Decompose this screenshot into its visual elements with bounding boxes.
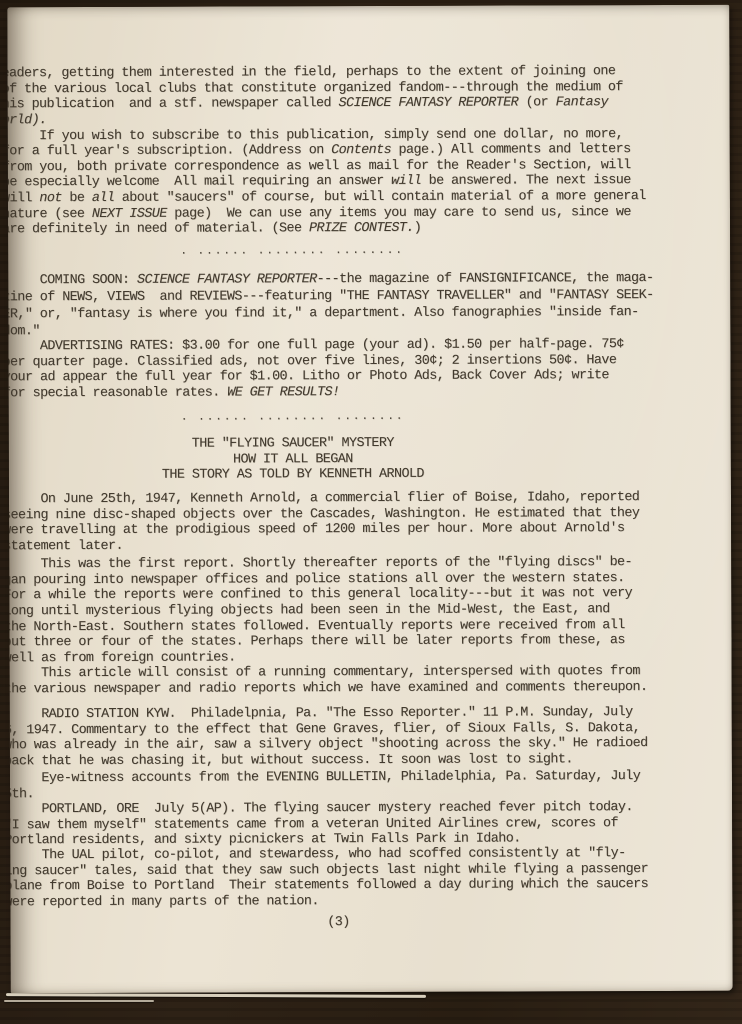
dotted-separator: . ...... ........ ........ — [8, 244, 576, 258]
text-line: for special reasonable rates. WE GET RES… — [7, 384, 732, 402]
text-line: back that he was chasing it, but without… — [7, 752, 732, 770]
text-line: were reported in many parts of the natio… — [7, 893, 732, 911]
text-line: are definitely in need of material. (See… — [7, 220, 732, 238]
text-line: the various newspaper and radio reports … — [7, 679, 732, 697]
paragraph-intro-continued: eaders, getting them interested in the f… — [7, 64, 732, 239]
text-line: nature (see NEXT ISSUE page) We can use … — [7, 204, 732, 222]
text-line: plane from Boise to Portland Their state… — [7, 877, 732, 895]
paragraph-arnold-intro: On June 25th, 1947, Kenneth Arnold, a co… — [7, 490, 732, 555]
text-line: For a while the reports were confined to… — [7, 586, 732, 604]
paragraph-radio-kyw: RADIO STATION KYW. Philadelpnia, Pa. "Th… — [7, 705, 732, 770]
paragraph-ual-crew: The UAL pilot, co-pilot, and stewardess,… — [7, 846, 732, 911]
scanned-photo-background: eaders, getting them interested in the f… — [0, 0, 742, 1024]
dotted-separator: . ...... ........ ........ — [9, 410, 577, 424]
page-number: (3) — [10, 914, 666, 931]
text-line: Eye-witness accounts from the EVENING BU… — [7, 769, 732, 787]
text-line: were travelling at the prodigious speed … — [7, 521, 732, 539]
paragraph-eyewitness: Eye-witness accounts from the EVENING BU… — [7, 769, 732, 803]
scanned-page: eaders, getting them interested in the f… — [7, 5, 732, 994]
text-line: ER," or, "fantasy is where you find it,"… — [7, 304, 732, 324]
paragraph-advertising-rates: ADVERTISING RATES: $3.00 for one full pa… — [7, 337, 732, 402]
paragraph-first-report: This was the first report. Shortly there… — [7, 555, 732, 667]
article-title: THE "FLYING SAUCER" MYSTERYHOW IT ALL BE… — [9, 435, 577, 484]
text-line: but three or four of the states. Perhaps… — [7, 633, 732, 651]
text-line: THE STORY AS TOLD BY KENNETH ARNOLD — [9, 467, 577, 485]
paragraph-article-plan: This article will consist of a running c… — [7, 664, 732, 698]
text-line: PORTLAND, ORE July 5(AP). The flying sau… — [7, 800, 732, 818]
page-stack-edge — [4, 1000, 154, 1002]
text-line: statement later. — [7, 537, 732, 555]
paragraph-portland: PORTLAND, ORE July 5(AP). The flying sau… — [7, 800, 732, 850]
page-stack-edge — [6, 993, 426, 998]
text-line: who was already in the air, saw a silver… — [7, 736, 732, 754]
paragraph-coming-soon: COMING SOON: SCIENCE FANTASY REPORTER---… — [7, 270, 732, 341]
